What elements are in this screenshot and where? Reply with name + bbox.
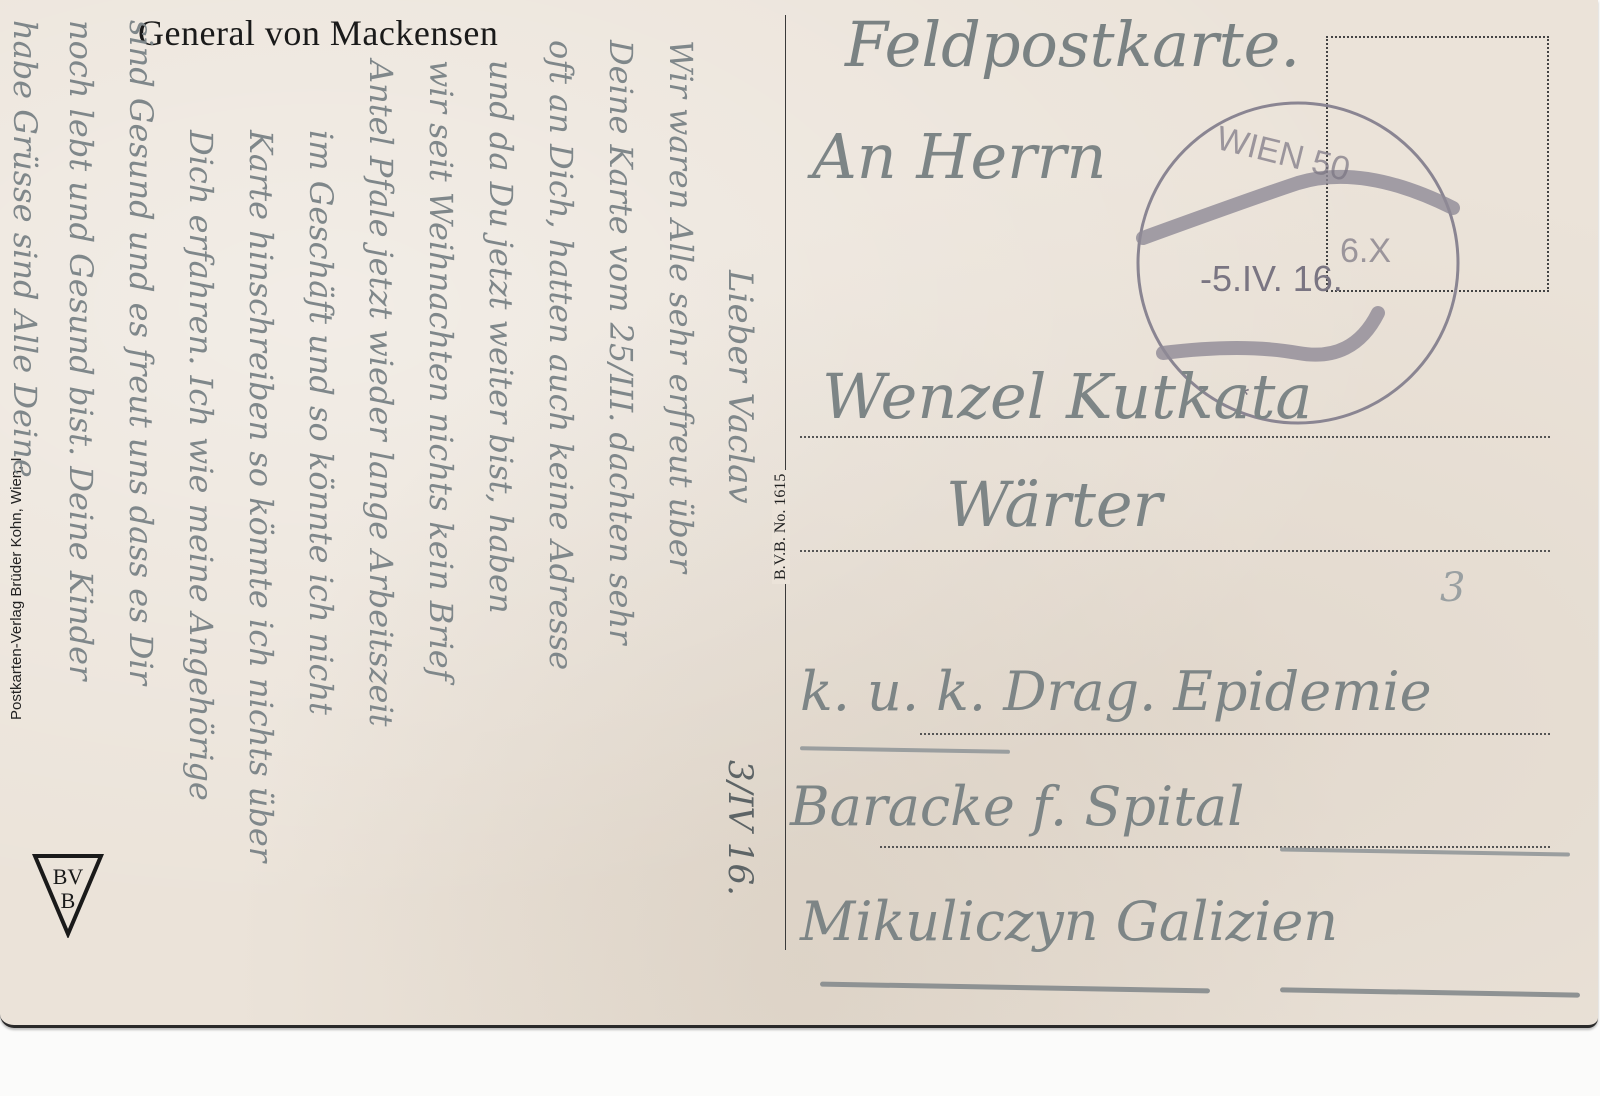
postcard-title: General von Mackensen <box>138 12 498 54</box>
message-line: noch lebt und Gesund bist. Deine Kinder <box>62 20 100 680</box>
message-line: Dich erfahren. Ich wie meine Angehörige <box>182 130 220 801</box>
message-line: wir seit Weihnachten nichts kein Brief <box>422 60 460 681</box>
address-line-2 <box>800 550 1550 552</box>
recipient-location: Mikuliczyn Galizien <box>800 890 1338 953</box>
logo-line2: B <box>61 888 76 913</box>
message-greeting: Lieber Vaclav <box>720 270 760 504</box>
message-line: habe Grüsse sind Alle Deine <box>6 20 44 478</box>
postcard: General von Mackensen Postkarten-Verlag … <box>0 0 1598 1028</box>
message-line: Wir waren Alle sehr erfreut über <box>662 40 700 573</box>
message-line: Deine Karte vom 25/III. dachten sehr <box>602 40 640 644</box>
message-date: 3/IV 16. <box>720 760 760 896</box>
address-line-3 <box>920 733 1550 735</box>
series-number: B.V.B. No. 1615 <box>772 470 790 584</box>
logo-line1: BV <box>53 864 84 889</box>
message-line: Antel Pfale jetzt wieder lange Arbeitsze… <box>362 60 400 727</box>
address-line-4 <box>880 846 1550 848</box>
feldpostkarte-heading: Feldpostkarte. <box>845 8 1300 81</box>
salutation: An Herrn <box>812 120 1106 193</box>
underline-unit <box>800 746 1010 754</box>
message-line: und da Du jetzt weiter bist, haben <box>482 60 520 614</box>
postmark-time: 6.X <box>1340 232 1391 271</box>
underline-hospital <box>1280 847 1570 856</box>
recipient-name: Wenzel Kutkata <box>822 360 1312 433</box>
underline-region <box>1280 987 1580 997</box>
recipient-unit: k. u. k. Drag. Epidemie <box>800 660 1432 723</box>
message-line: Karte hinschreiben so könnte ich nichts … <box>242 130 280 862</box>
margin-note: 3 <box>1440 565 1465 611</box>
postmark-date: -5.IV. 16. <box>1200 258 1343 300</box>
address-line-1 <box>800 436 1550 438</box>
message-line: sind Gesund und es freut uns dass es Dir <box>122 20 160 685</box>
publisher-imprint: Postkarten-Verlag Brüder Kohn, Wien, I <box>8 457 25 720</box>
recipient-hospital: Baracke f. Spital <box>790 775 1244 838</box>
recipient-title: Wärter <box>946 468 1162 541</box>
underline-location <box>820 982 1210 994</box>
bvb-triangle-logo-icon: BV B <box>32 852 104 938</box>
message-line: oft an Dich, hatten auch keine Adresse <box>542 40 580 670</box>
message-line: im Geschäft und so könnte ich nicht <box>302 130 340 715</box>
